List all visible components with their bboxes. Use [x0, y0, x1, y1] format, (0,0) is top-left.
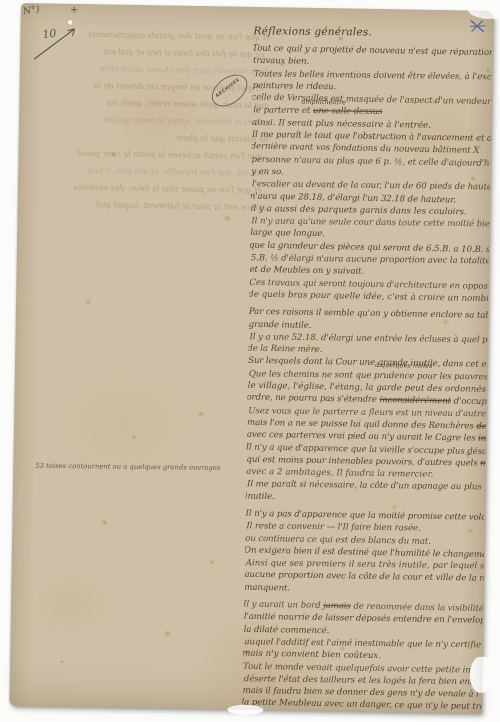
- struck-word: inconsidérément: [379, 395, 451, 406]
- archive-stamp: ARCHIVES · · · ·: [206, 68, 254, 113]
- corner-mark: N°): [22, 4, 40, 18]
- manuscript-heading: Réflexions générales.: [254, 25, 372, 38]
- margin-note: 53 toises contournent ou a quelques gran…: [35, 462, 215, 472]
- manuscript-line: manquent.: [244, 582, 483, 598]
- torn-edge-bottom: [227, 705, 263, 716]
- struck-word: nous: [480, 458, 492, 468]
- torn-edge-right-notch: [470, 657, 491, 693]
- paper-hole: [68, 20, 73, 25]
- manuscript-page: et que l'on ne peut des grands apparteme…: [9, 3, 494, 714]
- interlinear-insertion: amphithéâtre: [301, 98, 346, 107]
- struck-word: jamais: [323, 601, 351, 612]
- struck-word: inutiles: [478, 434, 492, 445]
- blue-cross-mark-icon: [468, 16, 488, 36]
- arrow-annotation-icon: [28, 17, 89, 64]
- manuscript-text-column: Tout ce quil y a projetté de nouveau n'e…: [242, 43, 492, 714]
- interlinear-insertion: à quelques milles: [375, 361, 433, 370]
- verso-bleed-line: ne saurait que la place: [47, 127, 269, 148]
- verso-bleed-line: cela est, que l'on travaille, et des pri…: [46, 161, 268, 182]
- struck-word: une salle dessus: [313, 107, 383, 118]
- struck-word: de lieu: [476, 422, 492, 432]
- plus-mark-right: +: [464, 450, 472, 460]
- verso-bleed-line: que ce soit la pour le bâtiment, lequel …: [46, 195, 268, 216]
- manuscript-line: la petite Meubleau avec un danger, ce qu…: [242, 697, 480, 714]
- verso-bleed-line: que l'on aurait achevée la poste la cour…: [46, 144, 263, 165]
- verso-bleed-line: dans le bâtiment, après le remarquable: [46, 110, 264, 131]
- verso-bleed-line: et que l'on ne passe plus la lieue, des …: [46, 178, 263, 199]
- plus-mark-top: +: [70, 5, 79, 16]
